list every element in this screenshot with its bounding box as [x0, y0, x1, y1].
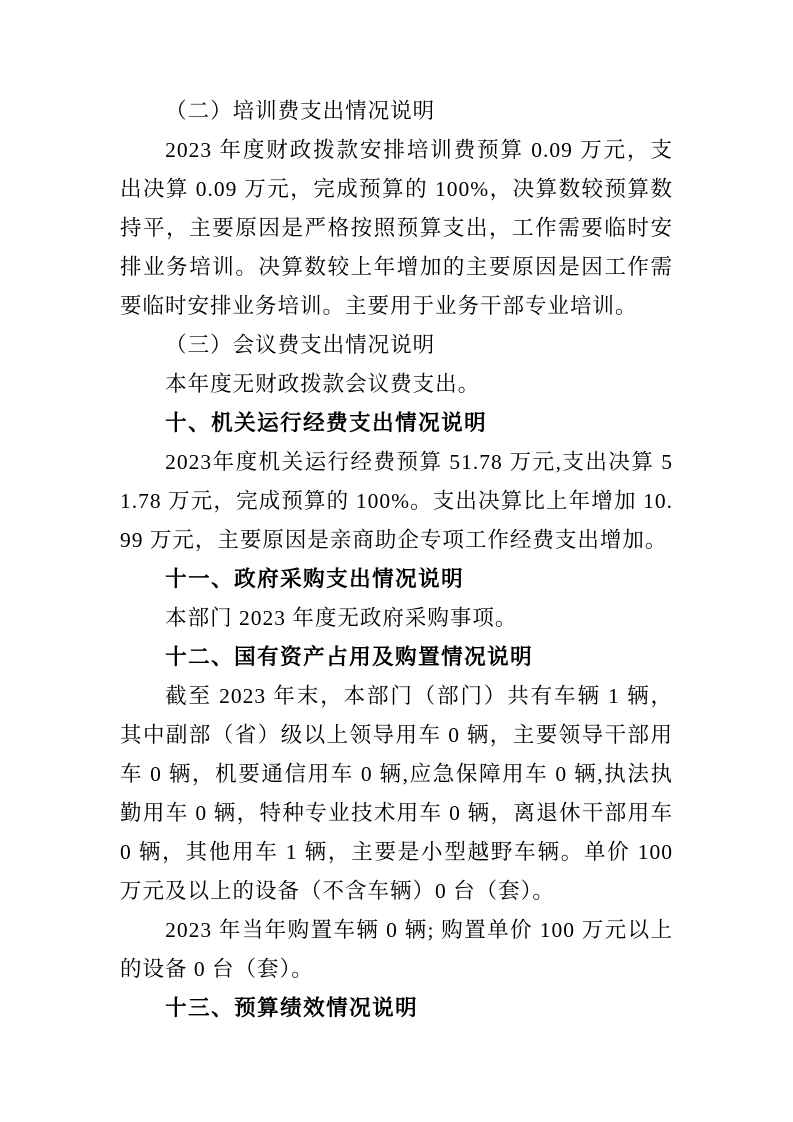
paragraph-state-assets-purchases: 2023 年当年购置车辆 0 辆; 购置单价 100 万元以上的设备 0 台（套…: [120, 911, 673, 989]
section-heading-state-owned-assets: 十二、国有资产占用及购置情况说明: [120, 638, 673, 677]
paragraph-agency-operating-expenses-details: 2023年度机关运行经费预算 51.78 万元,支出决算 51.78 万元，完成…: [120, 443, 673, 560]
subsection-heading-meeting-fee: （三）会议费支出情况说明: [120, 326, 673, 365]
section-heading-agency-operating-expenses: 十、机关运行经费支出情况说明: [120, 404, 673, 443]
paragraph-training-fee-details: 2023 年度财政拨款安排培训费预算 0.09 万元，支出决算 0.09 万元，…: [120, 131, 673, 326]
paragraph-meeting-fee-details: 本年度无财政拨款会议费支出。: [120, 365, 673, 404]
paragraph-government-procurement-details: 本部门 2023 年度无政府采购事项。: [120, 599, 673, 638]
section-heading-budget-performance: 十三、预算绩效情况说明: [120, 989, 673, 1028]
subsection-heading-training-fee: （二）培训费支出情况说明: [120, 92, 673, 131]
paragraph-state-assets-vehicles: 截至 2023 年末，本部门（部门）共有车辆 1 辆，其中副部（省）级以上领导用…: [120, 677, 673, 911]
document-page: （二）培训费支出情况说明 2023 年度财政拨款安排培训费预算 0.09 万元，…: [0, 0, 793, 1122]
section-heading-government-procurement: 十一、政府采购支出情况说明: [120, 560, 673, 599]
